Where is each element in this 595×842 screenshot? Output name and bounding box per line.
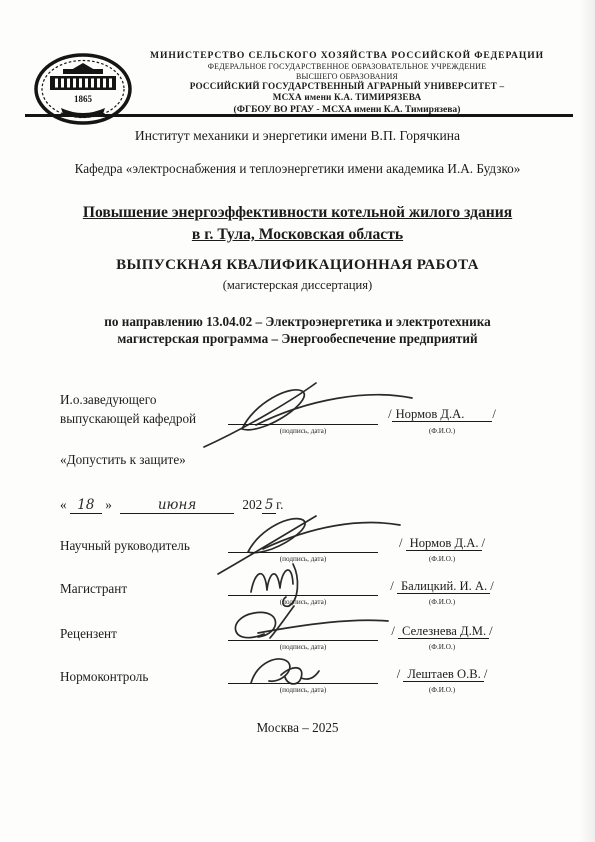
signature-line xyxy=(228,595,378,596)
federal-line-2: ВЫСШЕГО ОБРАЗОВАНИЯ xyxy=(118,72,576,81)
institute-name: Институт механики и энергетики имени В.П… xyxy=(0,128,595,144)
student-name: / Балицкий. И. А./ xyxy=(383,579,501,594)
header-divider xyxy=(25,114,573,117)
thesis-title-line-1: Повышение энергоэффективности котельной … xyxy=(83,204,512,221)
signature-line xyxy=(228,424,378,425)
ministry-line: МИНИСТЕРСТВО СЕЛЬСКОГО ХОЗЯЙСТВА РОССИЙС… xyxy=(118,50,576,61)
letterhead: МИНИСТЕРСТВО СЕЛЬСКОГО ХОЗЯЙСТВА РОССИЙС… xyxy=(118,50,576,115)
signature-caption: (подпись, дата) xyxy=(228,598,378,606)
norm-control-label: Нормоконтроль xyxy=(60,667,148,686)
fio-caption: (Ф.И.О.) xyxy=(383,427,501,435)
thesis-title-line-2: в г. Тула, Московская область xyxy=(192,226,403,243)
norm-control-name: / Лештаев О.В./ xyxy=(383,667,501,682)
university-line-1: РОССИЙСКИЙ ГОСУДАРСТВЕННЫЙ АГРАРНЫЙ УНИВ… xyxy=(118,81,576,92)
head-of-department-label: И.о.заведующего выпускающей кафедрой xyxy=(60,390,196,428)
quote-open: « xyxy=(60,497,67,512)
signature-scribble-reviewer xyxy=(212,606,392,648)
work-subtype: (магистерская диссертация) xyxy=(0,278,595,293)
fio-caption: (Ф.И.О.) xyxy=(383,643,501,651)
signature-line xyxy=(228,640,378,641)
supervisor-label: Научный руководитель xyxy=(60,536,190,555)
year-suffix: г. xyxy=(276,497,283,512)
federal-line-1: ФЕДЕРАЛЬНОЕ ГОСУДАРСТВЕННОЕ ОБРАЗОВАТЕЛЬ… xyxy=(118,62,576,71)
reviewer-name: / Селезнева Д.М./ xyxy=(383,624,501,639)
signature-caption: (подпись, дата) xyxy=(228,643,378,651)
signature-line xyxy=(228,683,378,684)
head-name: /Нормов Д.А./ xyxy=(383,407,501,422)
admit-to-defense-text: «Допустить к защите» xyxy=(60,452,186,468)
date-day-field: 18 xyxy=(70,497,102,514)
university-line-2: МСХА имени К.А. ТИМИРЯЗЕВА xyxy=(118,92,576,103)
fio-caption: (Ф.И.О.) xyxy=(383,555,501,563)
supervisor-name: / Нормов Д.А./ xyxy=(383,536,501,551)
study-direction: по направлению 13.04.02 – Электроэнергет… xyxy=(0,314,595,330)
student-label: Магистрант xyxy=(60,579,127,598)
signature-caption: (подпись, дата) xyxy=(228,686,378,694)
signature-line xyxy=(228,552,378,553)
quote-close: » xyxy=(105,497,112,512)
year-printed: 202 xyxy=(242,497,262,512)
master-program: магистерская программа – Энергообеспечен… xyxy=(0,331,595,347)
thesis-title-page: 1865 МИНИСТЕРСТВО СЕЛЬСКОГО ХОЗЯЙСТВА РО… xyxy=(0,0,595,842)
fio-caption: (Ф.И.О.) xyxy=(383,598,501,606)
thesis-title: Повышение энергоэффективности котельной … xyxy=(0,202,595,246)
city-year: Москва – 2025 xyxy=(0,720,595,736)
reviewer-label: Рецензент xyxy=(60,624,117,643)
seal-year-text: 1865 xyxy=(74,94,93,104)
work-type: ВЫПУСКНАЯ КВАЛИФИКАЦИОННАЯ РАБОТА xyxy=(0,257,595,274)
fio-caption: (Ф.И.О.) xyxy=(383,686,501,694)
signature-caption: (подпись, дата) xyxy=(228,427,378,435)
department-name: Кафедра «электроснабжения и теплоэнергет… xyxy=(0,161,595,177)
